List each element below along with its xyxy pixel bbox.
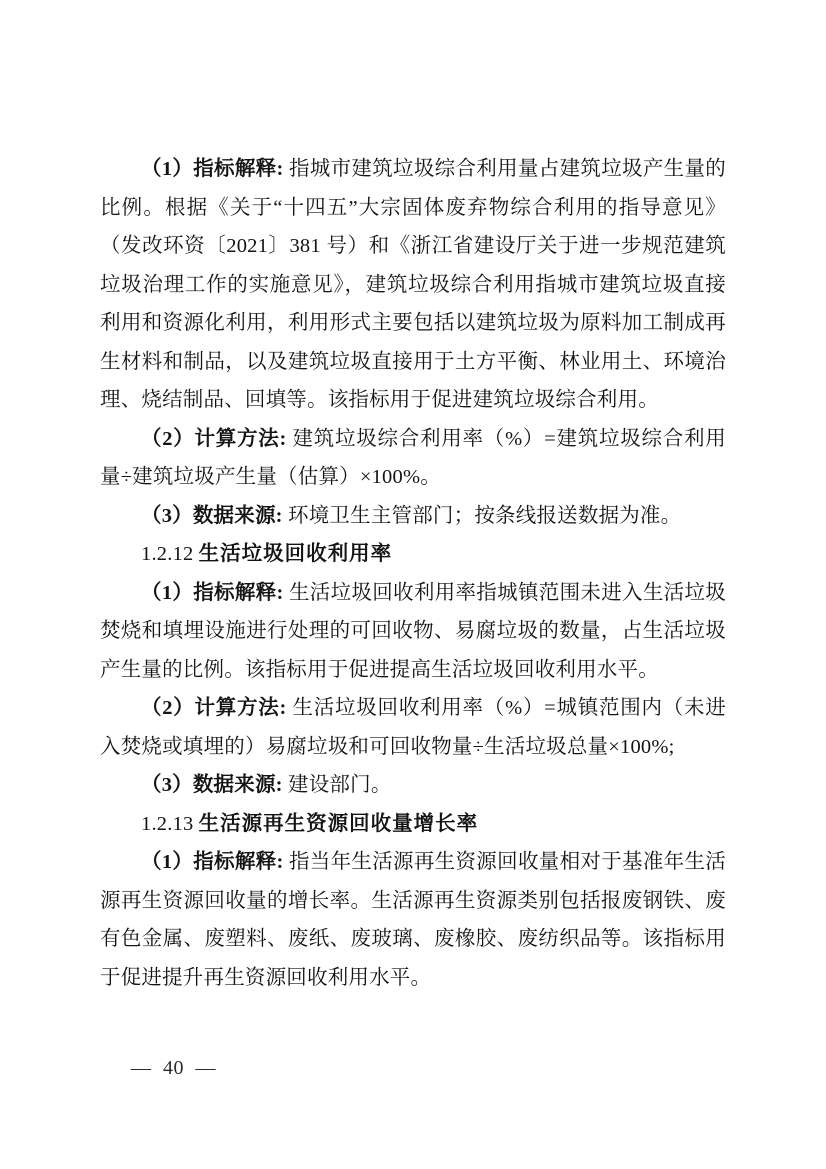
heading-title: 生活源再生资源回收量增长率: [199, 813, 479, 835]
paragraph-label: （1）指标解释:: [141, 158, 284, 180]
paragraph-label: （3）数据来源:: [141, 774, 283, 796]
paragraph-label: （2）计算方法:: [141, 428, 287, 450]
heading-number: 1.2.13: [141, 813, 193, 835]
paragraph-data-source-1.2.12: （3）数据来源: 建设部门。: [100, 766, 726, 805]
paragraph-data-source-1.2.11: （3）数据来源: 环境卫生主管部门；按条线报送数据为准。: [100, 497, 726, 536]
paragraph-indicator-explanation-1.2.12: （1）指标解释: 生活垃圾回收利用率指城镇范围未进入生活垃圾焚烧和填埋设施进行处…: [100, 574, 726, 690]
paragraph-calculation-method-1.2.11: （2）计算方法: 建筑垃圾综合利用率（%）=建筑垃圾综合利用量÷建筑垃圾产生量（…: [100, 420, 726, 497]
page-number-footer: — 40 —: [131, 1057, 216, 1080]
paragraph-indicator-explanation-1.2.13: （1）指标解释: 指当年生活源再生资源回收量相对于基准年生活源再生资源回收量的增…: [100, 843, 726, 997]
paragraph-label: （1）指标解释:: [141, 851, 284, 873]
heading-title: 生活垃圾回收利用率: [199, 543, 393, 565]
paragraph-text: 指城市建筑垃圾综合利用量占建筑垃圾产生量的比例。根据《关于“十四五”大宗固体废弃…: [100, 158, 726, 411]
document-body: （1）指标解释: 指城市建筑垃圾综合利用量占建筑垃圾产生量的比例。根据《关于“十…: [100, 150, 726, 997]
paragraph-label: （1）指标解释:: [141, 582, 284, 604]
section-heading-1.2.13: 1.2.13生活源再生资源回收量增长率: [100, 805, 726, 844]
paragraph-calculation-method-1.2.12: （2）计算方法: 生活垃圾回收利用率（%）=城镇范围内（未进入焚烧或填埋的）易腐…: [100, 689, 726, 766]
heading-number: 1.2.12: [141, 543, 193, 565]
section-heading-1.2.12: 1.2.12生活垃圾回收利用率: [100, 535, 726, 574]
paragraph-label: （3）数据来源:: [141, 505, 283, 527]
paragraph-text: 建设部门。: [288, 774, 392, 796]
paragraph-text: 环境卫生主管部门；按条线报送数据为准。: [288, 505, 681, 527]
document-page: （1）指标解释: 指城市建筑垃圾综合利用量占建筑垃圾产生量的比例。根据《关于“十…: [0, 0, 826, 1169]
paragraph-indicator-explanation-1.2.11: （1）指标解释: 指城市建筑垃圾综合利用量占建筑垃圾产生量的比例。根据《关于“十…: [100, 150, 726, 420]
paragraph-label: （2）计算方法:: [141, 697, 287, 719]
